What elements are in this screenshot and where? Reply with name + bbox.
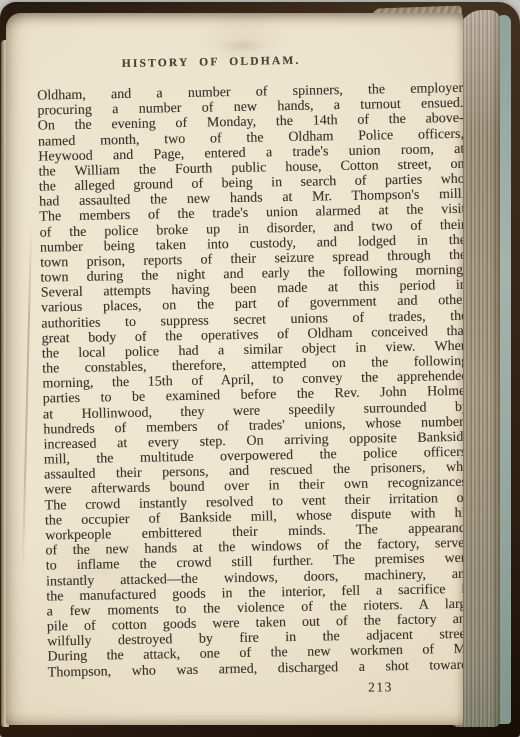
page-number: 213 [368,679,393,695]
body-text: Oldham, and a number of spinners, the em… [37,81,463,680]
scanned-book-photo: { "page": { "header": "HISTORY OF OLDHAM… [0,0,520,737]
book-page: HISTORY OF OLDHAM. Oldham, and a number … [6,13,463,725]
page-content: HISTORY OF OLDHAM. Oldham, and a number … [6,13,463,725]
running-header: HISTORY OF OLDHAM. [6,52,440,72]
